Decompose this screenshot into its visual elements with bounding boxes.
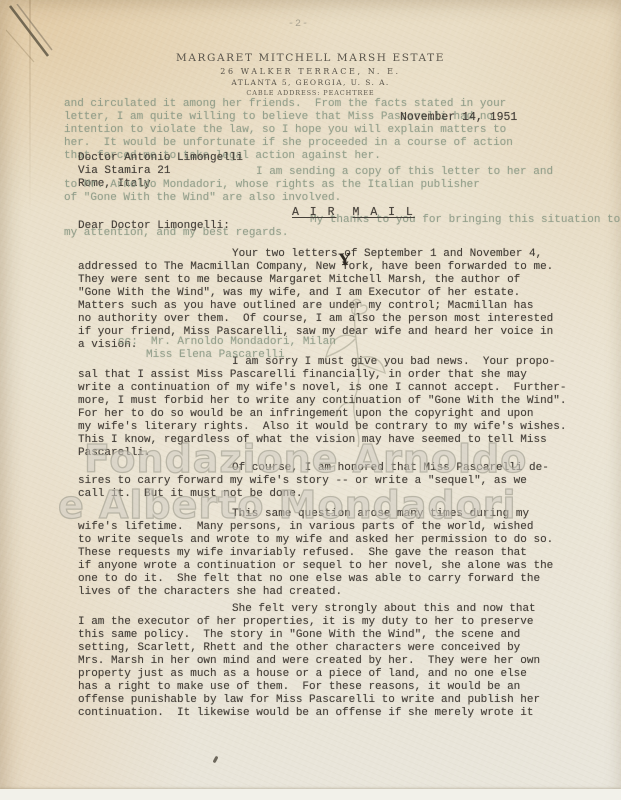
handwritten-correction-y: Y (339, 250, 351, 270)
ink-speck (213, 756, 219, 764)
letter-page: -2- MARGARET MITCHELL MARSH ESTATE 26 WA… (0, 0, 621, 800)
letterhead-street: 26 WALKER TERRACE, N. E. (0, 67, 621, 76)
air-mail-label: A I RM A I L (292, 206, 431, 219)
letterhead-cable-address: CABLE ADDRESS: PEACHTREE (0, 89, 621, 97)
letterhead-estate-name: MARGARET MITCHELL MARSH ESTATE (0, 52, 621, 64)
body-paragraph-2: I am sorry I must give you bad news. You… (78, 356, 583, 460)
paper-crease (29, 0, 31, 220)
page-number-mark: -2- (288, 19, 309, 30)
body-paragraph-4: This same question arose many times duri… (78, 508, 583, 599)
bleedthrough-paragraph-2: I am sending a copy of this letter to he… (64, 166, 584, 205)
body-paragraph-3: Of course, I am honored that Miss Pascar… (78, 462, 583, 501)
letterhead-city: ATLANTA 5, GEORGIA, U. S. A. (0, 78, 621, 87)
air-mail-word-1: A I R (292, 206, 337, 219)
scan-edge (0, 789, 621, 800)
body-paragraph-5: She felt very strongly about this and no… (78, 603, 583, 720)
salutation: Dear Doctor Limongelli: (78, 220, 230, 233)
bleedthrough-cc-line-1: cc: Mr. Arnoldo Mondadori, Milan (118, 336, 336, 349)
bleedthrough-cc-line-2: Miss Elena Pascarelli (146, 349, 285, 362)
air-mail-word-2: M A I L (353, 206, 415, 219)
letter-date: November 14, 1951 (400, 111, 517, 124)
